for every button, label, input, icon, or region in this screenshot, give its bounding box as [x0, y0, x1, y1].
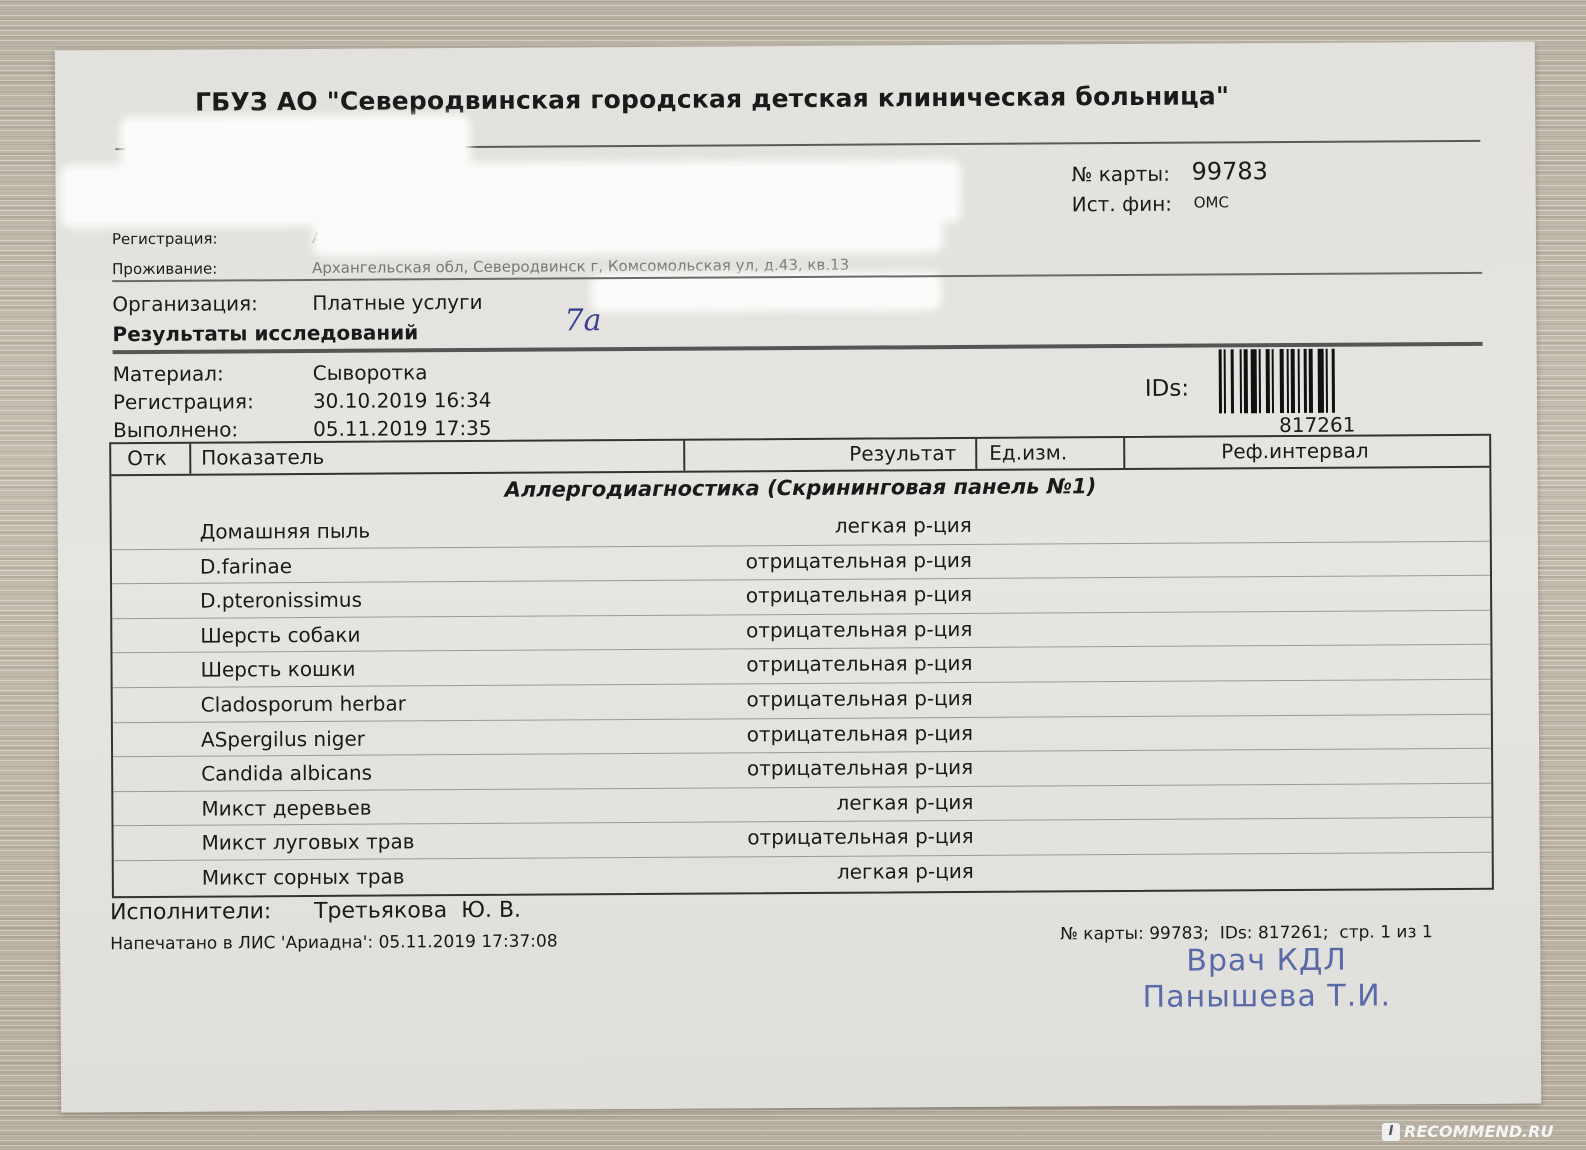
table-row: Микст сорных травлегкая р-ция: [114, 852, 1492, 895]
performers-label: Исполнители:: [110, 899, 271, 925]
lab-report-paper: ГБУЗ АО "Северодвинская городская детска…: [55, 41, 1541, 1112]
allergen-name: Микст деревьев: [201, 795, 371, 820]
doctor-stamp-name: Панышева Т.И.: [1142, 978, 1391, 1015]
completed-label: Выполнено:: [113, 417, 238, 442]
allergen-result: отрицательная р-ция: [747, 755, 973, 780]
funding-source-label: Ист. фин:: [1072, 192, 1172, 217]
institution-title: ГБУЗ АО "Северодвинская городская детска…: [195, 81, 1229, 116]
completed-value: 05.11.2019 17:35: [313, 416, 492, 441]
printed-timestamp: Напечатано в ЛИС 'Ариадна': 05.11.2019 1…: [110, 931, 558, 954]
organization-label: Организация:: [112, 291, 258, 316]
column-header-result: Результат: [849, 441, 956, 466]
allergen-name: Cladosporum herbar: [201, 691, 406, 716]
watermark-text: RECOMMEND.RU: [1404, 1122, 1553, 1141]
barcode-icon: [1219, 348, 1414, 413]
funding-source-value: ОМС: [1194, 193, 1229, 211]
column-header-indicator: Показатель: [201, 445, 324, 470]
material-value: Сыворотка: [313, 360, 428, 385]
page-info: № карты: 99783; IDs: 817261; стр. 1 из 1: [1060, 922, 1433, 944]
allergen-result: легкая р-ция: [837, 859, 974, 884]
site-watermark: I RECOMMEND.RU: [1382, 1122, 1553, 1141]
allergen-result: отрицательная р-ция: [746, 617, 972, 642]
column-header-reference: Реф.интервал: [1221, 439, 1369, 464]
registered-value: 30.10.2019 16:34: [313, 388, 492, 413]
column-header-unit: Ед.изм.: [989, 440, 1067, 464]
residence-label: Проживание:: [112, 260, 217, 279]
allergen-name: Домашняя пыль: [200, 519, 371, 544]
allergen-result: отрицательная р-ция: [747, 721, 973, 746]
allergen-result: отрицательная р-ция: [746, 582, 972, 607]
material-label: Материал:: [113, 362, 224, 387]
allergen-result: легкая р-ция: [836, 790, 973, 815]
allergen-name: Candida albicans: [201, 761, 372, 786]
allergen-name: Микст сорных трав: [202, 864, 405, 889]
ids-label: IDs:: [1145, 376, 1189, 402]
watermark-logo-icon: I: [1382, 1123, 1400, 1141]
results-heading: Результаты исследований: [112, 320, 418, 346]
column-header-flag: Отк: [127, 446, 167, 470]
card-number-value: 99783: [1191, 157, 1268, 185]
allergen-result: отрицательная р-ция: [746, 686, 972, 711]
results-table: Отк Показатель Результат Ед.изм. Реф.инт…: [109, 434, 1494, 898]
redaction-patch: [318, 217, 938, 251]
allergen-result: отрицательная р-ция: [746, 548, 972, 573]
ids-value: 817261: [1279, 413, 1356, 437]
allergen-result: отрицательная р-ция: [747, 824, 973, 849]
allergen-name: ASpergilus niger: [201, 726, 365, 751]
allergen-name: Микст луговых трав: [202, 830, 415, 855]
allergen-name: D.pteronissimus: [200, 588, 362, 613]
organization-value: Платные услуги: [312, 290, 482, 315]
column-divider: [975, 439, 977, 469]
allergen-name: D.farinae: [200, 554, 292, 579]
registration-address-label: Регистрация:: [112, 230, 218, 249]
table-header: Отк Показатель Результат Ед.изм. Реф.инт…: [111, 436, 1489, 476]
allergen-result: отрицательная р-ция: [746, 651, 972, 676]
card-number-label: № карты:: [1071, 162, 1170, 187]
handwritten-note: 7а: [564, 303, 601, 338]
allergen-name: Шерсть собаки: [200, 622, 360, 647]
redaction-patch: [596, 277, 936, 307]
allergen-result: легкая р-ция: [835, 513, 972, 538]
redaction-patch: [66, 165, 956, 222]
column-divider: [189, 444, 191, 474]
residence-value: Архангельская обл, Северодвинск г, Комсо…: [312, 256, 849, 277]
doctor-stamp-title: Врач КДЛ: [1186, 943, 1347, 979]
section-title: Аллергодиагностика (Скрининговая панель …: [111, 472, 1489, 504]
allergen-name: Шерсть кошки: [200, 657, 355, 682]
column-divider: [683, 441, 685, 471]
column-divider: [1123, 438, 1125, 468]
performers-value: Третьякова Ю. В.: [314, 898, 521, 924]
registered-label: Регистрация:: [113, 389, 254, 414]
